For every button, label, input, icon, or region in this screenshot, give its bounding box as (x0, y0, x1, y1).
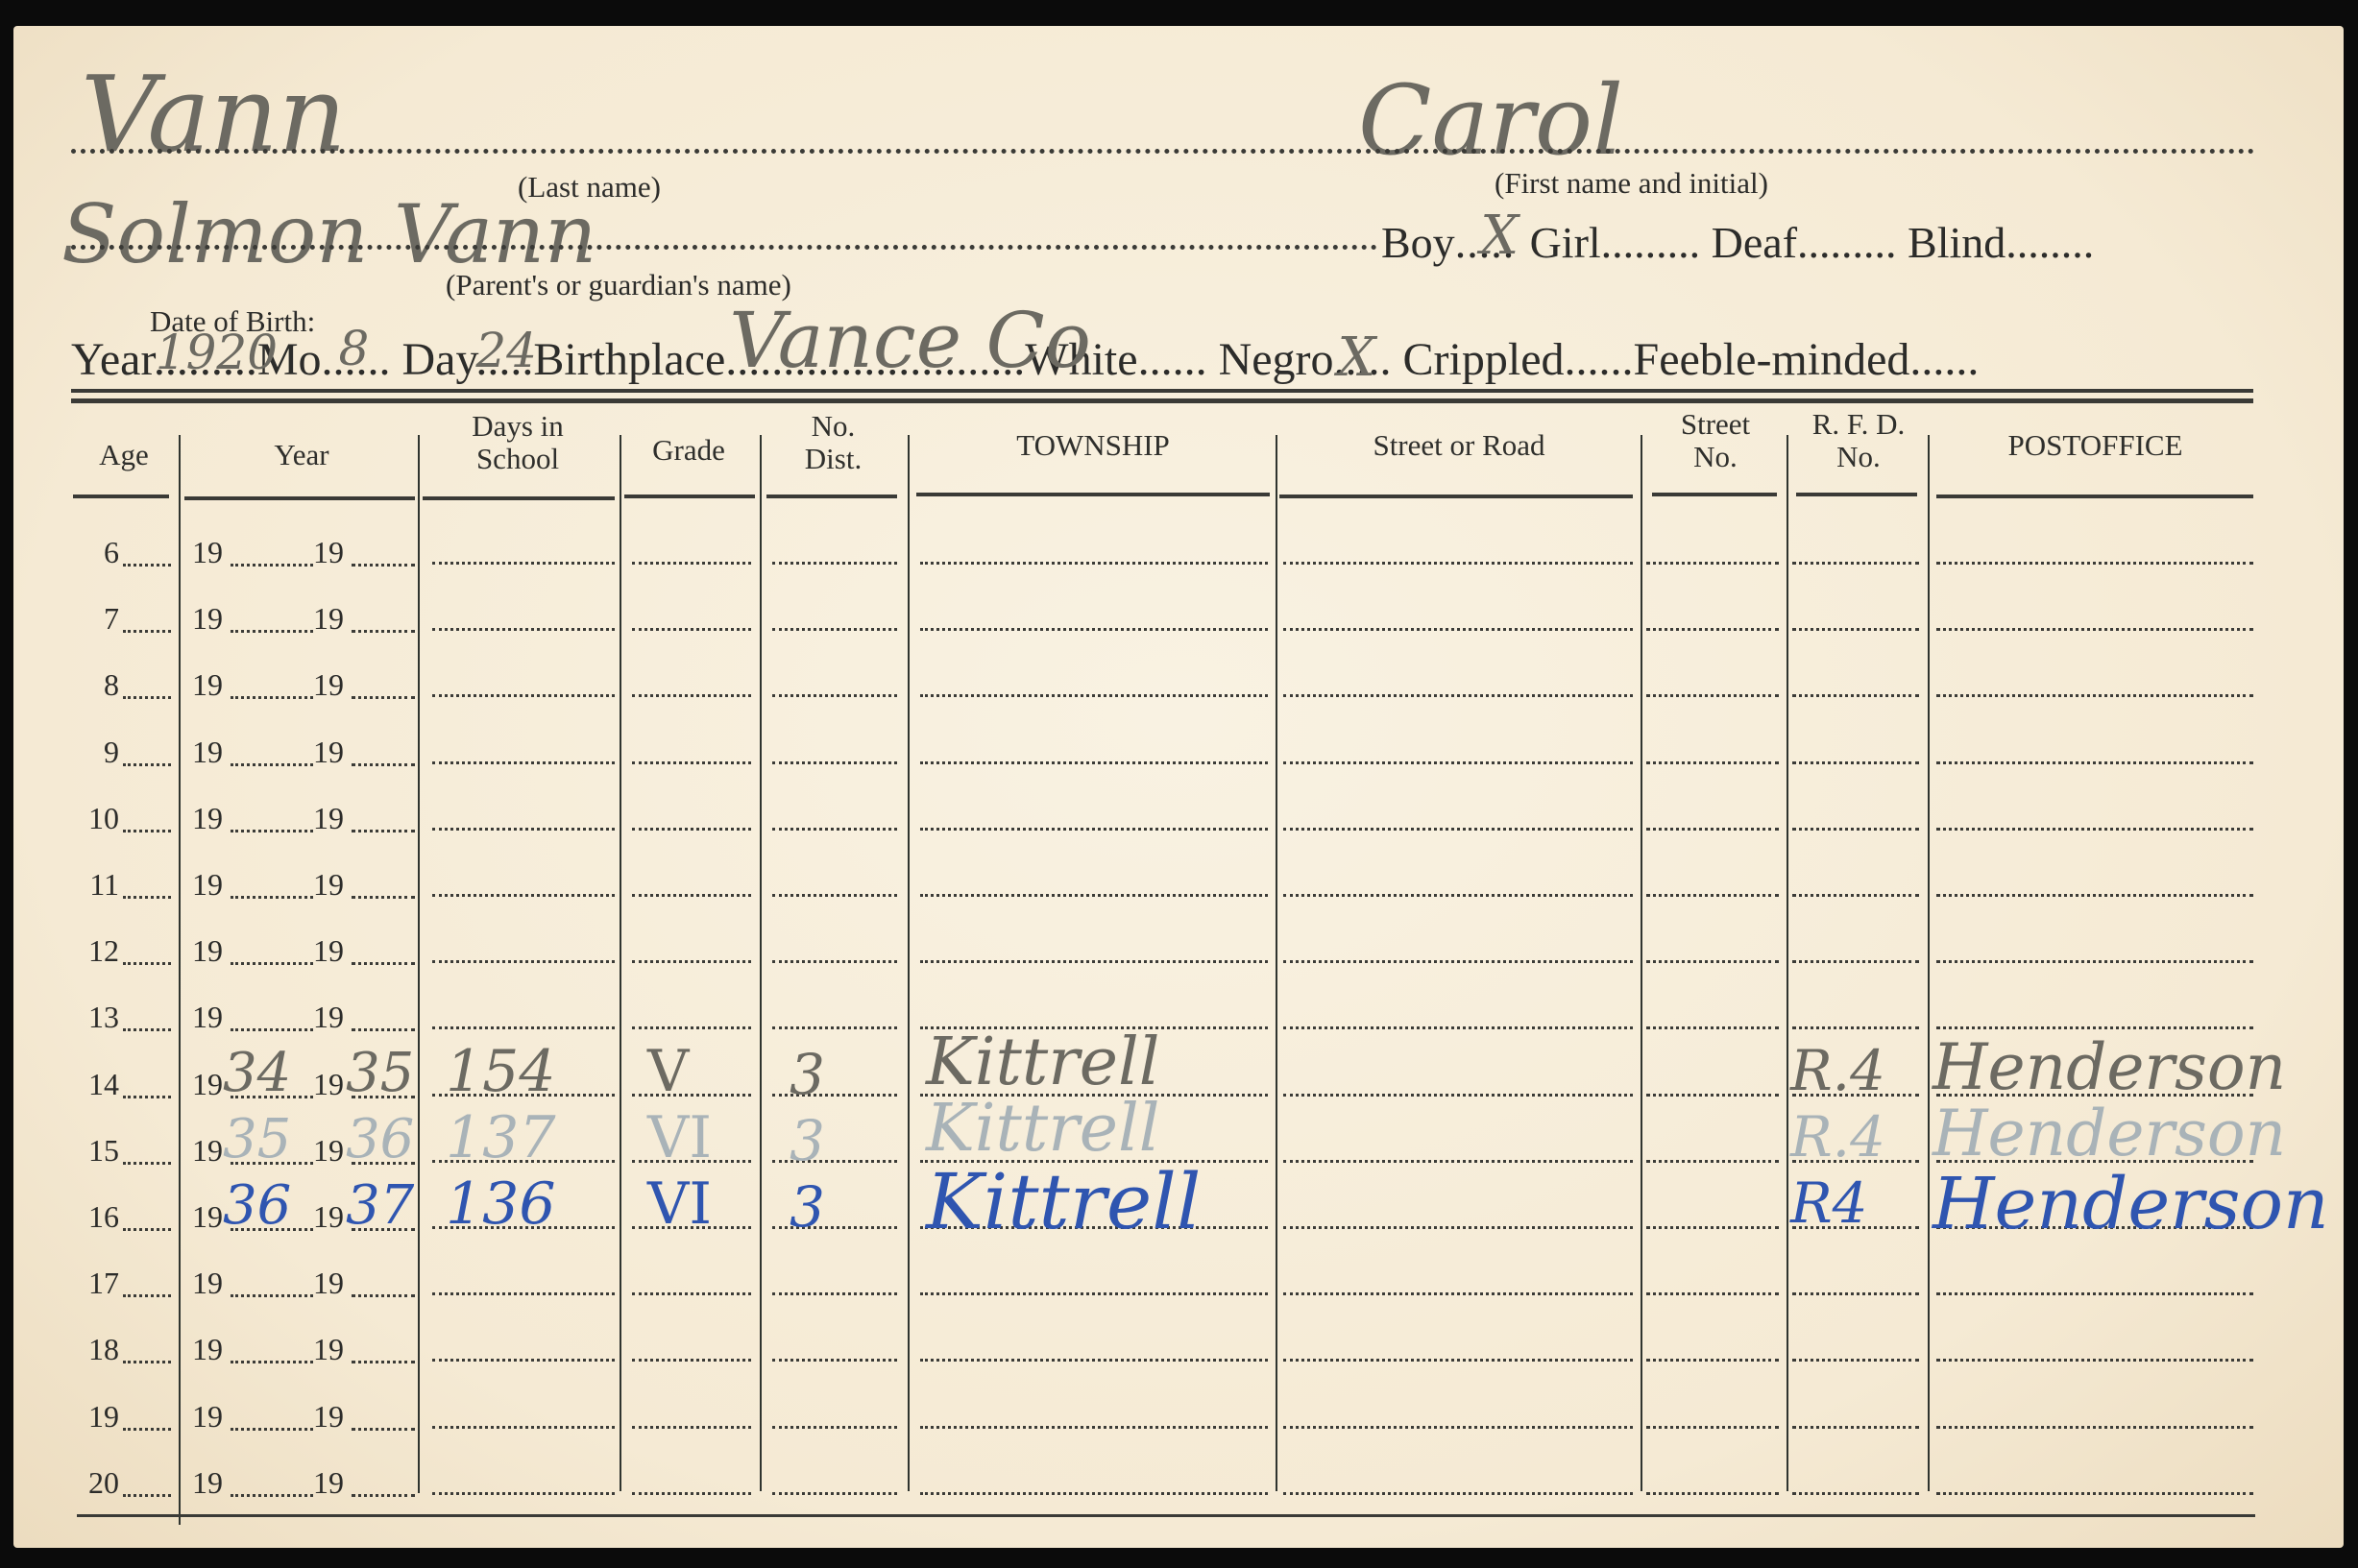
cell-dotted-line (632, 828, 751, 831)
year-to-value: 37 (346, 1174, 414, 1237)
cell-dotted-line (632, 1026, 751, 1029)
year-from-prefix: 19 (192, 801, 223, 836)
cell-dotted-line (1646, 960, 1779, 963)
cell-dotted-line (920, 828, 1268, 831)
crippled-label: Crippled (1403, 334, 1565, 385)
header-underline (423, 496, 615, 500)
cell-dotted-line (632, 960, 751, 963)
column-divider (760, 435, 762, 1491)
school-census-card: Vann Carol (Last name) (First name and i… (13, 26, 2344, 1548)
year-to-dots (352, 564, 415, 567)
year-from-prefix: 19 (192, 1399, 223, 1435)
header-underline (916, 493, 1270, 496)
age-dots (123, 1428, 171, 1431)
birth-day-value: 24 (475, 323, 537, 378)
cell-dotted-line (1283, 1226, 1633, 1229)
year-from-prefix: 19 (192, 1465, 223, 1501)
year-label: Year (71, 334, 154, 385)
dist-value: 3 (790, 1042, 825, 1107)
header-rfd-line2: No. (1787, 441, 1930, 473)
header-divider-bottom (71, 398, 2253, 403)
cell-dotted-line (1646, 1359, 1779, 1362)
year-to-dots (352, 1361, 415, 1363)
year-to-prefix: 19 (313, 601, 344, 637)
cell-dotted-line (772, 960, 897, 963)
cell-dotted-line (1646, 1160, 1779, 1163)
age-cell: 15 (61, 1133, 119, 1169)
cell-dotted-line (772, 1292, 897, 1295)
header-underline (1279, 495, 1633, 498)
age-cell: 16 (61, 1199, 119, 1235)
township-value: Kittrell (926, 1157, 1201, 1246)
year-from-prefix: 19 (192, 933, 223, 969)
year-from-dots (231, 962, 313, 965)
year-from-dots (231, 830, 313, 832)
cell-dotted-line (1283, 1292, 1633, 1295)
header-grade: Grade (619, 434, 759, 467)
year-from-prefix: 19 (192, 1332, 223, 1367)
grade-value: V (647, 1038, 689, 1105)
cell-dotted-line (432, 761, 615, 764)
sex-status-row: Boy.....X Girl......... Deaf......... Bl… (1381, 208, 2094, 271)
year-to-dots (352, 630, 415, 633)
cell-dotted-line (1936, 1426, 2253, 1429)
cell-dotted-line (1936, 628, 2253, 631)
birth-month-value: 8 (339, 321, 370, 376)
day-label: Day (402, 334, 476, 385)
cell-dotted-line (1283, 960, 1633, 963)
boy-label: Boy (1381, 218, 1455, 267)
year-to-dots (352, 962, 415, 965)
year-to-prefix: 19 (313, 1199, 344, 1235)
year-from-dots (231, 1428, 313, 1431)
year-to-prefix: 19 (313, 1465, 344, 1501)
header-street-no-line2: No. (1643, 441, 1787, 473)
cell-dotted-line (632, 1359, 751, 1362)
cell-dotted-line (1646, 1292, 1779, 1295)
days-value: 137 (446, 1104, 556, 1171)
cell-dotted-line (772, 562, 897, 565)
cell-dotted-line (772, 1426, 897, 1429)
cell-dotted-line (1792, 562, 1919, 565)
table-bottom-rule (77, 1514, 2255, 1517)
age-cell: 11 (61, 867, 119, 903)
cell-dotted-line (1646, 562, 1779, 565)
year-to-prefix: 19 (313, 1067, 344, 1102)
cell-dotted-line (920, 1426, 1268, 1429)
cell-dotted-line (1646, 761, 1779, 764)
cell-dotted-line (432, 1359, 615, 1362)
cell-dotted-line (1283, 1160, 1633, 1163)
cell-dotted-line (1646, 1226, 1779, 1229)
header-underline (184, 496, 415, 500)
year-from-prefix: 19 (192, 535, 223, 570)
cell-dotted-line (772, 628, 897, 631)
header-street-no-line1: Street (1643, 408, 1787, 441)
cell-dotted-line (920, 1359, 1268, 1362)
feeble-minded-label: Feeble-minded (1634, 334, 1910, 385)
cell-dotted-line (772, 761, 897, 764)
cell-dotted-line (432, 1292, 615, 1295)
cell-dotted-line (1283, 894, 1633, 897)
age-dots (123, 962, 171, 965)
year-to-value: 36 (346, 1108, 414, 1170)
year-to-dots (352, 896, 415, 899)
year-to-dots (352, 1294, 415, 1297)
header-rfd-no: R. F. D. No. (1787, 408, 1930, 473)
cell-dotted-line (920, 628, 1268, 631)
year-to-prefix: 19 (313, 735, 344, 770)
cell-dotted-line (632, 1292, 751, 1295)
cell-dotted-line (1792, 960, 1919, 963)
parent-line (71, 245, 1377, 250)
boy-checkbox-mark: X (1480, 205, 1519, 267)
township-value: Kittrell (926, 1091, 1159, 1167)
cell-dotted-line (632, 628, 751, 631)
age-cell: 6 (61, 535, 119, 570)
year-from-prefix: 19 (192, 735, 223, 770)
cell-dotted-line (1283, 828, 1633, 831)
column-divider (620, 435, 621, 1491)
age-dots (123, 830, 171, 832)
cell-dotted-line (632, 694, 751, 697)
age-cell: 9 (61, 735, 119, 770)
cell-dotted-line (920, 694, 1268, 697)
cell-dotted-line (432, 628, 615, 631)
year-to-prefix: 19 (313, 1332, 344, 1367)
blind-label: Blind (1908, 218, 2006, 267)
birth-year-value: 1920 (156, 325, 278, 380)
header-underline (624, 495, 755, 498)
age-dots (123, 1096, 171, 1098)
grade-value: VI (647, 1170, 712, 1238)
cell-dotted-line (1792, 1426, 1919, 1429)
cell-dotted-line (772, 1359, 897, 1362)
cell-dotted-line (1283, 562, 1633, 565)
age-cell: 8 (61, 667, 119, 703)
age-cell: 10 (61, 801, 119, 836)
column-divider (1276, 435, 1277, 1491)
cell-dotted-line (632, 1426, 751, 1429)
dist-value: 3 (790, 1174, 825, 1240)
header-street-or-road: Street or Road (1275, 429, 1643, 462)
header-street-no: Street No. (1643, 408, 1787, 473)
cell-dotted-line (920, 761, 1268, 764)
column-divider (418, 435, 420, 1493)
cell-dotted-line (1936, 828, 2253, 831)
cell-dotted-line (432, 828, 615, 831)
year-to-dots (352, 1494, 415, 1497)
cell-dotted-line (1283, 1359, 1633, 1362)
year-to-prefix: 19 (313, 1000, 344, 1035)
age-dots (123, 564, 171, 567)
age-cell: 20 (61, 1465, 119, 1501)
cell-dotted-line (1646, 694, 1779, 697)
cell-dotted-line (1646, 1094, 1779, 1097)
days-value: 154 (446, 1038, 556, 1105)
cell-dotted-line (1936, 960, 2253, 963)
negro-label: Negro (1219, 334, 1334, 385)
year-to-dots (352, 830, 415, 832)
cell-dotted-line (432, 694, 615, 697)
year-from-dots (231, 1361, 313, 1363)
header-days-line1: Days in (417, 410, 619, 443)
cell-dotted-line (1283, 1492, 1633, 1495)
age-cell: 13 (61, 1000, 119, 1035)
year-from-value: 36 (223, 1174, 291, 1237)
cell-dotted-line (1792, 1292, 1919, 1295)
cell-dotted-line (432, 1426, 615, 1429)
header-rfd-line1: R. F. D. (1787, 408, 1930, 441)
cell-dotted-line (1283, 1426, 1633, 1429)
cell-dotted-line (632, 894, 751, 897)
year-from-dots (231, 1028, 313, 1031)
year-from-value: 35 (223, 1108, 291, 1170)
year-from-prefix: 19 (192, 667, 223, 703)
first-name-value: Carol (1358, 64, 1623, 177)
cell-dotted-line (1936, 1292, 2253, 1295)
column-divider (908, 435, 910, 1491)
age-dots (123, 1162, 171, 1165)
cell-dotted-line (1283, 761, 1633, 764)
age-dots (123, 1494, 171, 1497)
cell-dotted-line (1283, 1026, 1633, 1029)
year-to-prefix: 19 (313, 535, 344, 570)
cell-dotted-line (632, 1492, 751, 1495)
postoffice-value: Henderson (1933, 1030, 2286, 1104)
age-dots (123, 1361, 171, 1363)
rfd-value: R.4 (1790, 1104, 1885, 1170)
age-cell: 17 (61, 1266, 119, 1301)
header-divider-top (71, 389, 2253, 393)
header-postoffice: POSTOFFICE (1930, 429, 2261, 462)
days-value: 136 (446, 1170, 556, 1238)
cell-dotted-line (772, 1492, 897, 1495)
cell-dotted-line (920, 1292, 1268, 1295)
cell-dotted-line (1936, 694, 2253, 697)
year-from-prefix: 19 (192, 867, 223, 903)
cell-dotted-line (1792, 894, 1919, 897)
year-from-dots (231, 630, 313, 633)
postoffice-value: Henderson (1933, 1163, 2329, 1245)
cell-dotted-line (1936, 894, 2253, 897)
cell-dotted-line (920, 1492, 1268, 1495)
cell-dotted-line (1792, 828, 1919, 831)
cell-dotted-line (432, 562, 615, 565)
cell-dotted-line (1646, 1426, 1779, 1429)
header-underline (1796, 493, 1917, 496)
header-underline (73, 495, 169, 498)
year-from-dots (231, 1494, 313, 1497)
birthplace-label: Birthplace (533, 334, 725, 385)
header-no-dist: No. Dist. (759, 410, 908, 475)
year-from-prefix: 19 (192, 1133, 223, 1169)
year-from-prefix: 19 (192, 601, 223, 637)
last-name-value: Vann (81, 53, 347, 176)
cell-dotted-line (1792, 761, 1919, 764)
cell-dotted-line (1646, 1026, 1779, 1029)
cell-dotted-line (772, 1026, 897, 1029)
year-to-dots (352, 763, 415, 766)
age-dots (123, 763, 171, 766)
cell-dotted-line (1936, 761, 2253, 764)
year-from-dots (231, 1294, 313, 1297)
header-underline (766, 495, 897, 498)
name-line (71, 149, 2255, 154)
cell-dotted-line (920, 894, 1268, 897)
year-from-dots (231, 763, 313, 766)
age-dots (123, 1228, 171, 1231)
year-to-prefix: 19 (313, 933, 344, 969)
header-year: Year (186, 439, 417, 471)
cell-dotted-line (1792, 1492, 1919, 1495)
column-divider (179, 435, 181, 1525)
year-to-prefix: 19 (313, 801, 344, 836)
year-to-dots (352, 696, 415, 699)
year-from-dots (231, 896, 313, 899)
cell-dotted-line (432, 894, 615, 897)
girl-label: Girl (1530, 218, 1601, 267)
cell-dotted-line (1792, 694, 1919, 697)
township-value: Kittrell (926, 1025, 1159, 1100)
year-from-prefix: 19 (192, 1067, 223, 1102)
cell-dotted-line (1792, 628, 1919, 631)
year-from-dots (231, 564, 313, 567)
year-to-prefix: 19 (313, 667, 344, 703)
age-dots (123, 1028, 171, 1031)
age-cell: 19 (61, 1399, 119, 1435)
year-from-prefix: 19 (192, 1000, 223, 1035)
year-to-value: 35 (346, 1042, 414, 1104)
year-to-prefix: 19 (313, 1133, 344, 1169)
birth-row: Year.........1920Mo......8 Day.....24Bir… (71, 333, 1979, 386)
age-cell: 14 (61, 1067, 119, 1102)
cell-dotted-line (1936, 562, 2253, 565)
birthplace-value: Vance Co (729, 296, 1091, 385)
cell-dotted-line (920, 562, 1268, 565)
rfd-value: R4 (1790, 1170, 1868, 1236)
year-to-prefix: 19 (313, 1399, 344, 1435)
year-to-dots (352, 1028, 415, 1031)
cell-dotted-line (432, 960, 615, 963)
header-township: TOWNSHIP (912, 429, 1275, 462)
cell-dotted-line (1792, 1359, 1919, 1362)
dist-value: 3 (790, 1108, 825, 1173)
age-dots (123, 696, 171, 699)
cell-dotted-line (1646, 828, 1779, 831)
cell-dotted-line (772, 894, 897, 897)
first-name-label: (First name and initial) (1495, 166, 1768, 201)
age-dots (123, 1294, 171, 1297)
year-from-prefix: 19 (192, 1266, 223, 1301)
year-from-value: 34 (223, 1042, 291, 1104)
column-divider (1787, 435, 1788, 1491)
header-age: Age (61, 439, 186, 471)
header-days-line2: School (417, 443, 619, 475)
cell-dotted-line (1646, 894, 1779, 897)
header-underline (1652, 493, 1777, 496)
column-divider (1928, 435, 1930, 1491)
header-underline (1936, 495, 2253, 498)
cell-dotted-line (772, 828, 897, 831)
deaf-label: Deaf (1712, 218, 1797, 267)
year-from-dots (231, 696, 313, 699)
cell-dotted-line (1646, 1492, 1779, 1495)
cell-dotted-line (920, 960, 1268, 963)
cell-dotted-line (632, 761, 751, 764)
cell-dotted-line (432, 1026, 615, 1029)
cell-dotted-line (1646, 628, 1779, 631)
race-checkbox-mark: X (1338, 326, 1376, 389)
year-from-prefix: 19 (192, 1199, 223, 1235)
column-divider (1641, 435, 1642, 1491)
header-days-in-school: Days in School (417, 410, 619, 475)
cell-dotted-line (1936, 1492, 2253, 1495)
rfd-value: R.4 (1790, 1038, 1885, 1103)
year-to-prefix: 19 (313, 867, 344, 903)
year-to-dots (352, 1428, 415, 1431)
grade-value: VI (647, 1104, 712, 1171)
year-to-prefix: 19 (313, 1266, 344, 1301)
cell-dotted-line (1792, 1026, 1919, 1029)
header-dist-line2: Dist. (759, 443, 908, 475)
cell-dotted-line (632, 562, 751, 565)
cell-dotted-line (432, 1492, 615, 1495)
header-dist-line1: No. (759, 410, 908, 443)
cell-dotted-line (1283, 1094, 1633, 1097)
cell-dotted-line (1936, 1359, 2253, 1362)
age-cell: 18 (61, 1332, 119, 1367)
age-dots (123, 896, 171, 899)
age-dots (123, 630, 171, 633)
cell-dotted-line (772, 694, 897, 697)
age-cell: 7 (61, 601, 119, 637)
cell-dotted-line (1283, 628, 1633, 631)
cell-dotted-line (1283, 694, 1633, 697)
age-cell: 12 (61, 933, 119, 969)
postoffice-value: Henderson (1933, 1097, 2286, 1170)
